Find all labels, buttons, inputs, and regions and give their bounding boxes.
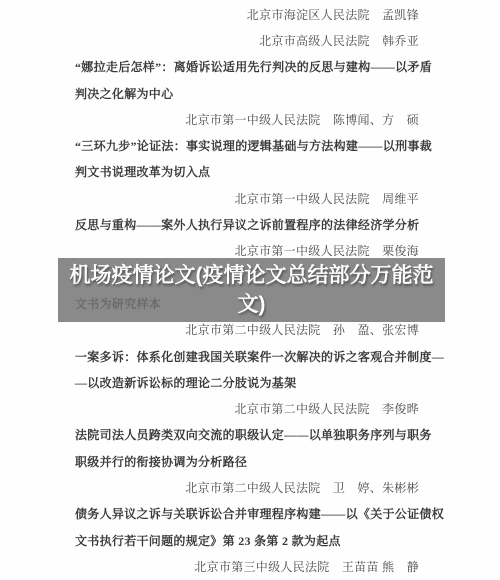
article-title-line: “娜拉走后怎样”：离婚诉讼适用先行判决的反思与建构——以矛盾 bbox=[0, 54, 500, 80]
court-author-line: 北京市海淀区人民法院 孟凯锋 bbox=[0, 1, 500, 27]
court-author-line: 北京市高级人民法院 韩乔亚 bbox=[0, 27, 500, 53]
overlay-banner: 机场疫情论文(疫情论文总结部分万能范文) bbox=[58, 258, 445, 322]
article-title-line: 法院司法人员跨类双向交流的职级认定——以单独职务序列与职务 bbox=[0, 422, 500, 448]
article-title-line: 判决之化解为中心 bbox=[0, 80, 500, 106]
court-author-line: 北京市第一中级人民法院 陈博闻、方 硕 bbox=[0, 106, 500, 132]
article-title-line: 反思与重构——案外人执行异议之诉前置程序的法律经济学分析 bbox=[0, 211, 500, 237]
court-author-line: 北京市第三中级人民法院 王苗苗 熊 静 bbox=[0, 553, 500, 579]
article-title-line: —以改造新诉讼标的理论二分肢说为基架 bbox=[0, 369, 500, 395]
court-author-line: 北京市第二中级人民法院 卫 婷、朱彬彬 bbox=[0, 474, 500, 500]
article-title-line: 判文书说理改革为切入点 bbox=[0, 159, 500, 185]
article-title-line: 职级并行的衔接协调为分析路径 bbox=[0, 448, 500, 474]
article-title-line: 一案多诉：体系化创建我国关联案件一次解决的诉之客观合并制度— bbox=[0, 343, 500, 369]
overlay-title: 机场疫情论文(疫情论文总结部分万能范文) bbox=[58, 261, 445, 319]
page: 北京市海淀区人民法院 孟凯锋北京市高级人民法院 韩乔亚“娜拉走后怎样”：离婚诉讼… bbox=[0, 0, 500, 580]
article-title-line: 债务人异议之诉与关联诉讼合并审理程序构建——以《关于公证债权 bbox=[0, 501, 500, 527]
article-title-line: “三环九步”论证法：事实说理的逻辑基础与方法构建——以刑事裁 bbox=[0, 132, 500, 158]
court-author-line: 北京市第一中级人民法院 周维平 bbox=[0, 185, 500, 211]
article-title-line: 文书执行若干问题的规定》第 23 条第 2 款为起点 bbox=[0, 527, 500, 553]
court-author-line: 北京市第二中级人民法院 李俊晔 bbox=[0, 395, 500, 421]
